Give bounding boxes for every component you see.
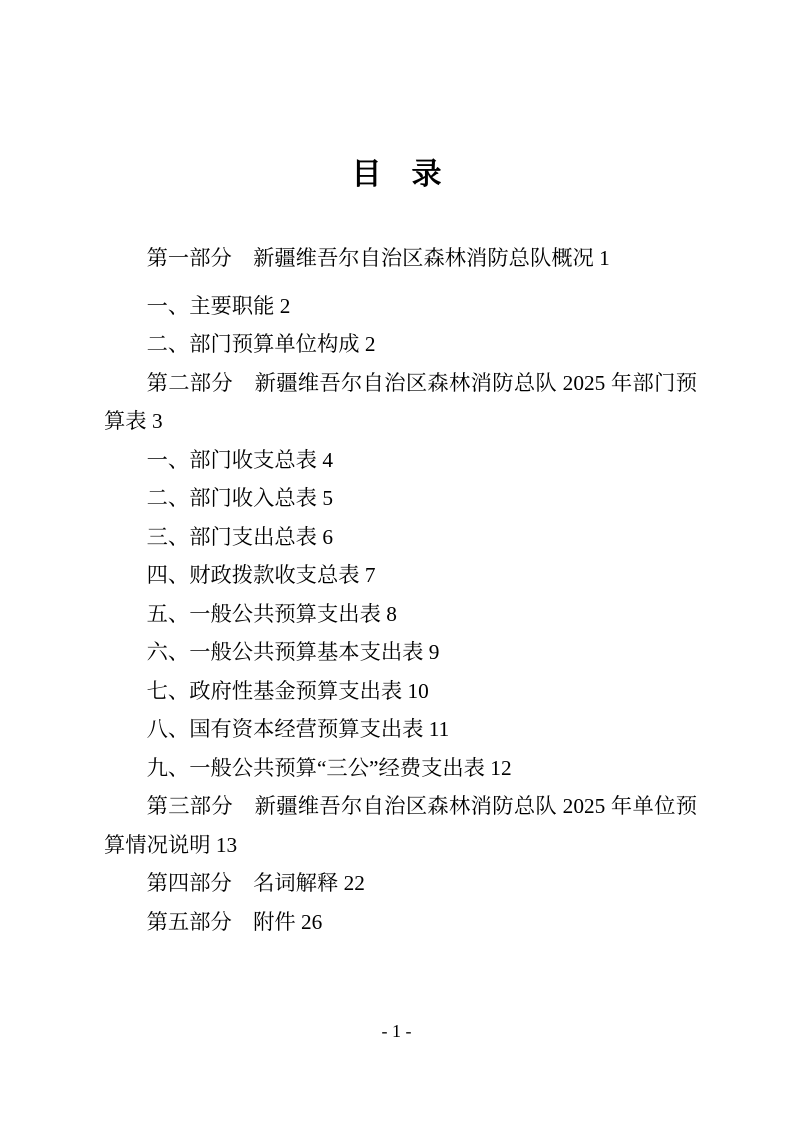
toc-entry-label: 第三部分 新疆维吾尔自治区森林消防总队 2025 年单位预算情况说明 [104, 794, 697, 857]
toc-entry-page: 13 [216, 833, 237, 857]
toc-entry: 四、财政拨款收支总表 7 [104, 556, 697, 595]
toc-entry-page: 12 [490, 756, 511, 780]
toc-entry-label: 第五部分 附件 [147, 910, 296, 934]
toc-entry: 第五部分 附件 26 [104, 903, 697, 942]
toc-entry: 九、一般公共预算“三公”经费支出表 12 [104, 749, 697, 788]
toc-entry-page: 2 [280, 294, 291, 318]
toc-entry-label: 八、国有资本经营预算支出表 [147, 717, 424, 741]
toc-entry-label: 第一部分 新疆维吾尔自治区森林消防总队概况 [147, 246, 594, 270]
toc-entry-page: 7 [365, 563, 376, 587]
toc-entry-label: 第四部分 名词解释 [147, 871, 339, 895]
toc-entry-label: 二、部门预算单位构成 [147, 332, 360, 356]
toc-entry: 七、政府性基金预算支出表 10 [104, 672, 697, 711]
toc-entry: 一、主要职能 2 [104, 287, 697, 326]
toc-entry: 八、国有资本经营预算支出表 11 [104, 710, 697, 749]
toc-entry-page: 8 [386, 602, 397, 626]
toc-entry-page: 22 [344, 871, 365, 895]
document-page: 目 录 第一部分 新疆维吾尔自治区森林消防总队概况 1 一、主要职能 2 二、部… [0, 0, 793, 1122]
toc-entry: 第四部分 名词解释 22 [104, 864, 697, 903]
toc-entry-page: 10 [408, 679, 429, 703]
toc-entry: 五、一般公共预算支出表 8 [104, 595, 697, 634]
toc-entry-page: 5 [322, 486, 333, 510]
toc-entry: 第二部分 新疆维吾尔自治区森林消防总队 2025 年部门预算表 3 [104, 364, 697, 441]
toc-entry-label: 九、一般公共预算“三公”经费支出表 [147, 756, 485, 780]
table-of-contents: 第一部分 新疆维吾尔自治区森林消防总队概况 1 一、主要职能 2 二、部门预算单… [104, 239, 697, 941]
toc-entry: 第一部分 新疆维吾尔自治区森林消防总队概况 1 [104, 239, 697, 278]
toc-entry-label: 三、部门支出总表 [147, 525, 317, 549]
toc-entry: 六、一般公共预算基本支出表 9 [104, 633, 697, 672]
toc-entry-label: 六、一般公共预算基本支出表 [147, 640, 424, 664]
toc-entry: 三、部门支出总表 6 [104, 518, 697, 557]
page-number: - 1 - [382, 1021, 412, 1041]
toc-entry-page: 2 [365, 332, 376, 356]
toc-entry-label: 一、部门收支总表 [147, 448, 317, 472]
toc-entry-page: 1 [599, 246, 610, 270]
toc-entry: 二、部门预算单位构成 2 [104, 325, 697, 364]
toc-entry-label: 五、一般公共预算支出表 [147, 602, 381, 626]
toc-entry: 第三部分 新疆维吾尔自治区森林消防总队 2025 年单位预算情况说明 13 [104, 787, 697, 864]
toc-entry-label: 四、财政拨款收支总表 [147, 563, 360, 587]
toc-entry-page: 9 [429, 640, 440, 664]
toc-entry-page: 4 [322, 448, 333, 472]
toc-entry: 一、部门收支总表 4 [104, 441, 697, 480]
toc-entry-page: 6 [322, 525, 333, 549]
toc-entry-page: 26 [301, 910, 322, 934]
page-footer: - 1 - [0, 1020, 793, 1042]
toc-entry-label: 一、主要职能 [147, 294, 275, 318]
page-title: 目 录 [0, 0, 793, 195]
toc-entry-page: 3 [152, 409, 163, 433]
toc-entry-label: 第二部分 新疆维吾尔自治区森林消防总队 2025 年部门预算表 [104, 371, 697, 434]
toc-entry-label: 二、部门收入总表 [147, 486, 317, 510]
toc-entry-page: 11 [429, 717, 450, 741]
toc-entry: 二、部门收入总表 5 [104, 479, 697, 518]
toc-entry-label: 七、政府性基金预算支出表 [147, 679, 403, 703]
